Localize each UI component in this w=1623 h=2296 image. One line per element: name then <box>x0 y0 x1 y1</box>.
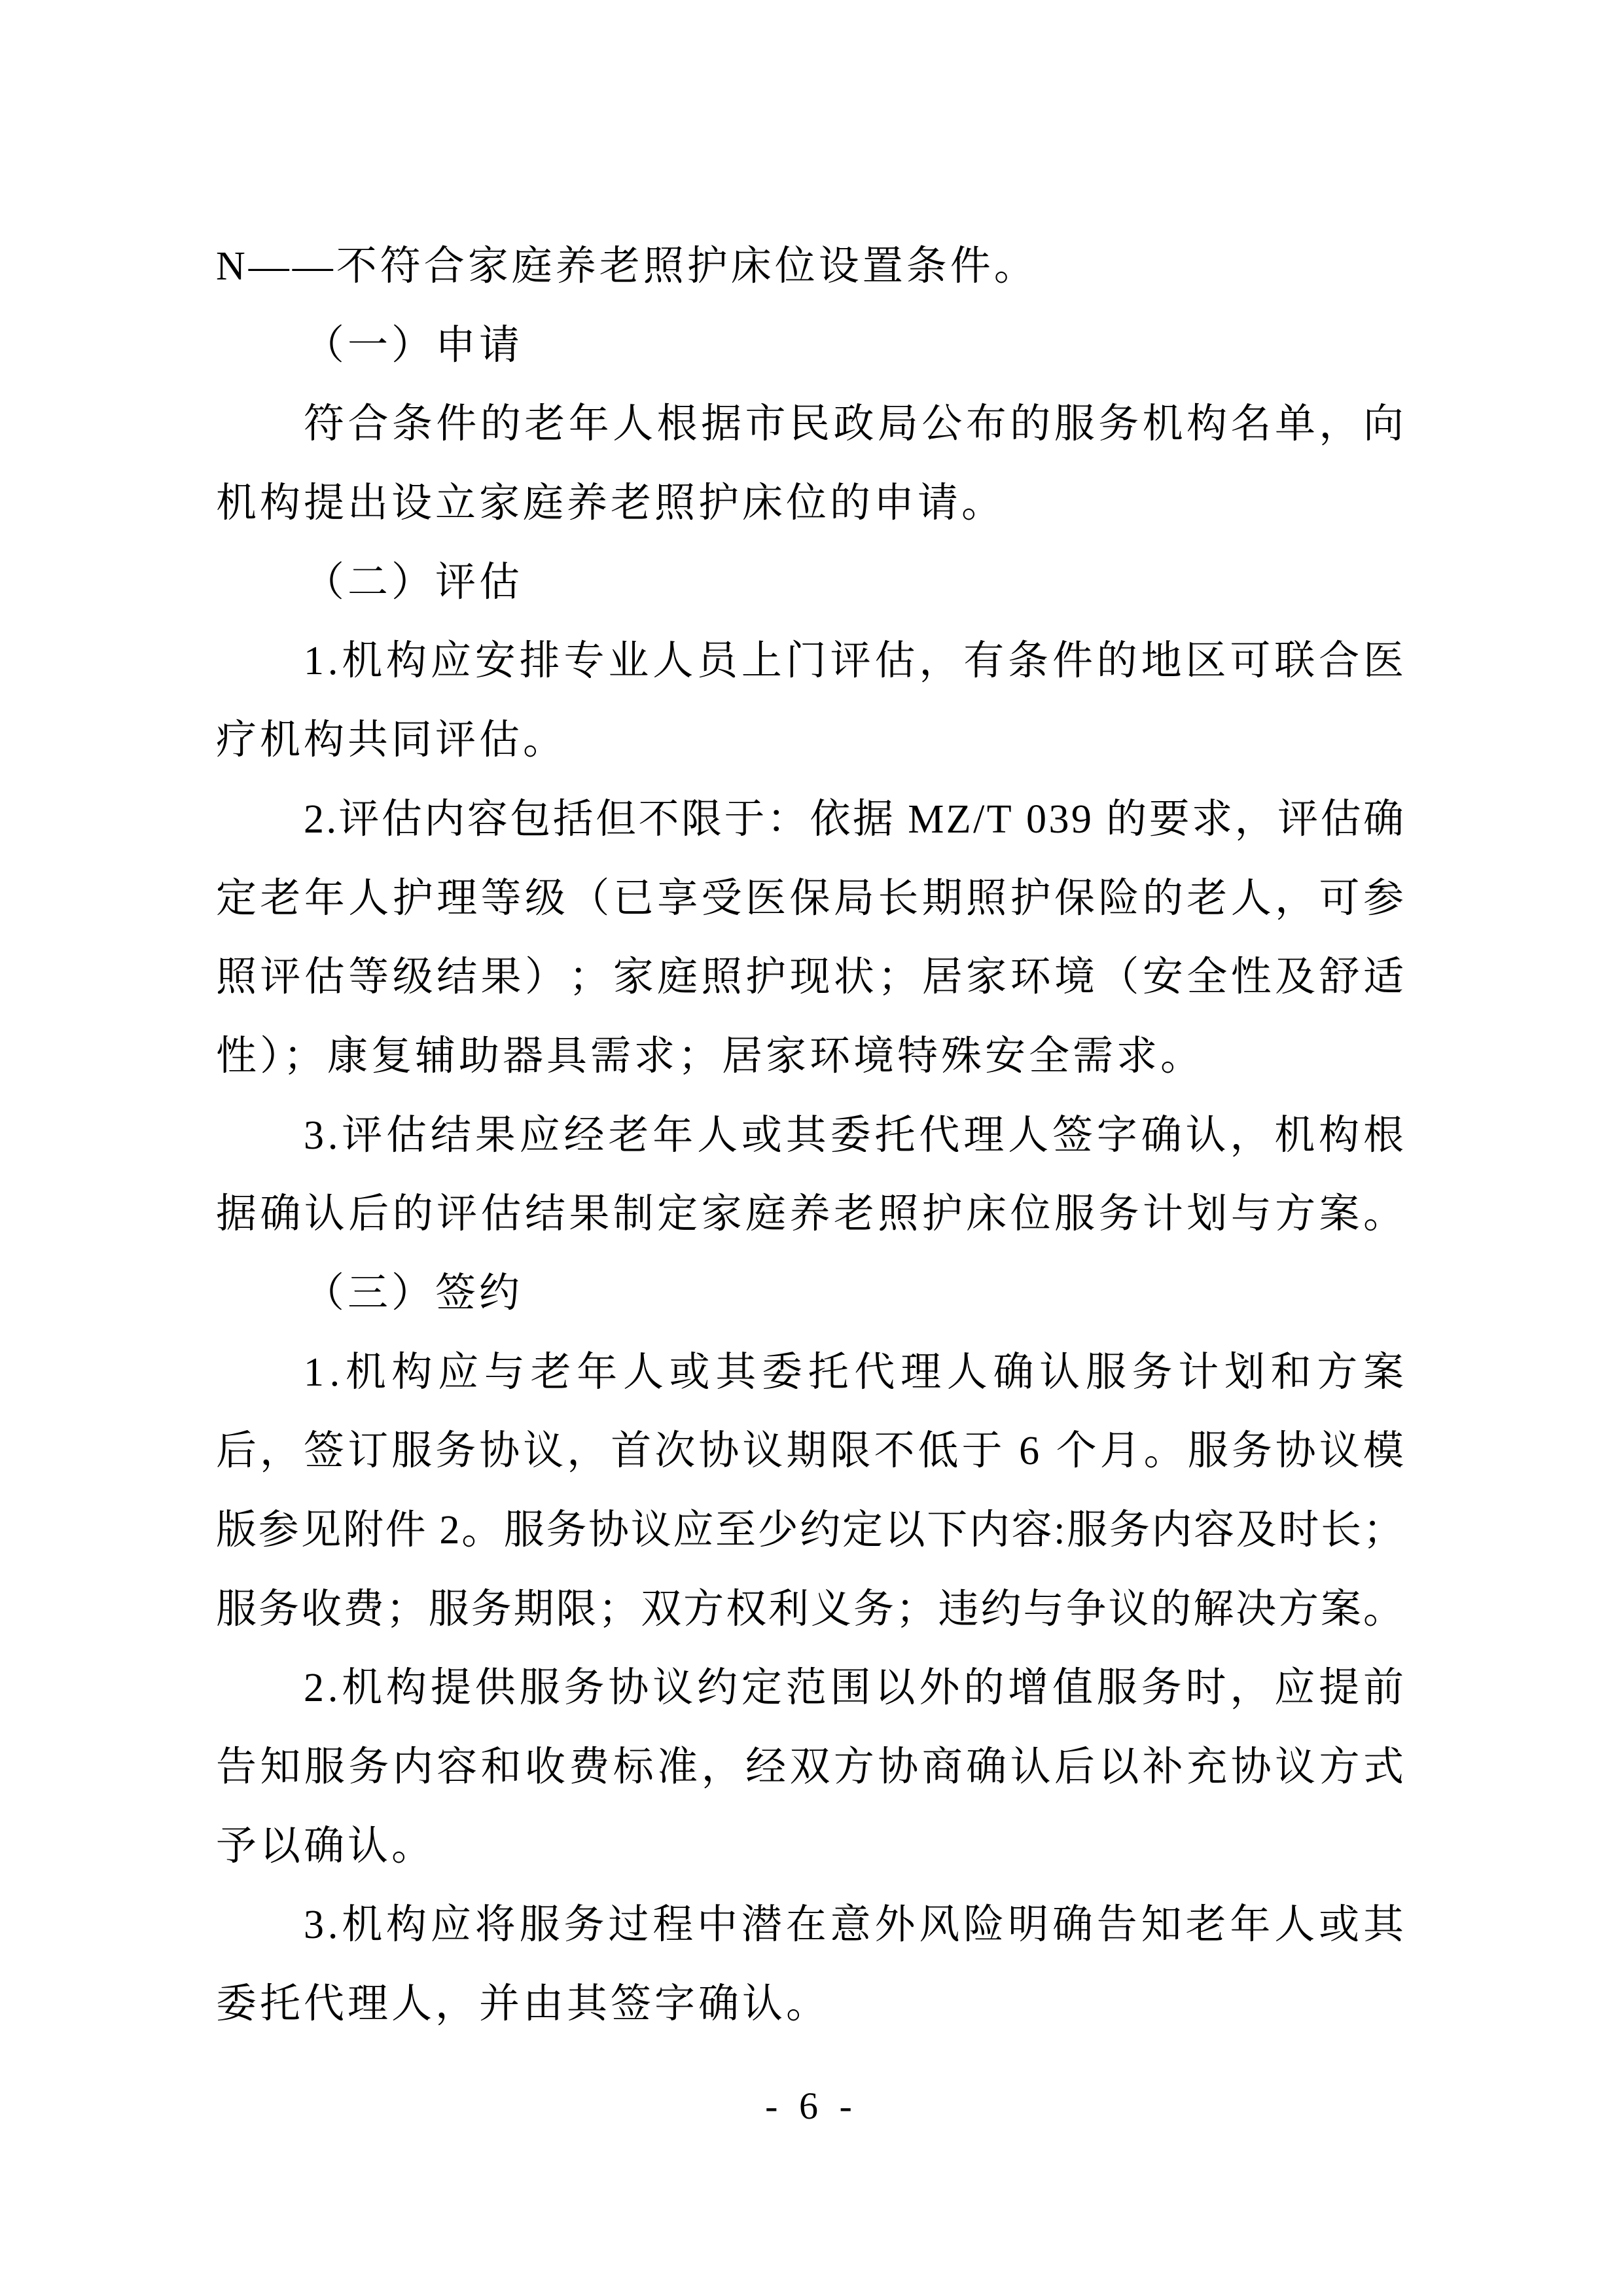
text-line: 性）；康复辅助器具需求；居家环境特殊安全需求。 <box>216 1017 1404 1096</box>
section-heading: （三）签约 <box>216 1254 1404 1333</box>
text-line: N——不符合家庭养老照护床位设置条件。 <box>216 227 1404 306</box>
text-line: 后，签订服务协议，首次协议期限不低于 6 个月。服务协议模 <box>216 1412 1404 1491</box>
text-line: 服务收费；服务期限；双方权利义务；违约与争议的解决方案。 <box>216 1570 1404 1649</box>
text-line: 1.机构应安排专业人员上门评估，有条件的地区可联合医 <box>216 622 1404 701</box>
section-heading: （二）评估 <box>216 543 1404 622</box>
text-line: 定老年人护理等级（已享受医保局长期照护保险的老人，可参 <box>216 859 1404 939</box>
text-line: 予以确认。 <box>216 1807 1404 1886</box>
text-line: 据确认后的评估结果制定家庭养老照护床位服务计划与方案。 <box>216 1175 1404 1254</box>
text-line: 3.评估结果应经老年人或其委托代理人签字确认，机构根 <box>216 1096 1404 1175</box>
text-line: 3.机构应将服务过程中潜在意外风险明确告知老年人或其 <box>216 1886 1404 1965</box>
text-line: 1.机构应与老年人或其委托代理人确认服务计划和方案 <box>216 1333 1404 1412</box>
text-line: 委托代理人，并由其签字确认。 <box>216 1965 1404 2044</box>
page-number: - 6 - <box>0 2080 1623 2132</box>
text-line: 照评估等级结果）；家庭照护现状；居家环境（安全性及舒适 <box>216 938 1404 1017</box>
text-line: 机构提出设立家庭养老照护床位的申请。 <box>216 464 1404 543</box>
text-line: 告知服务内容和收费标准，经双方协商确认后以补充协议方式 <box>216 1728 1404 1807</box>
section-heading: （一）申请 <box>216 306 1404 386</box>
document-page: N——不符合家庭养老照护床位设置条件。 （一）申请 符合条件的老年人根据市民政局… <box>0 0 1623 2296</box>
text-line: 2.评估内容包括但不限于：依据 MZ/T 039 的要求，评估确 <box>216 780 1404 859</box>
text-line: 2.机构提供服务协议约定范围以外的增值服务时，应提前 <box>216 1649 1404 1728</box>
text-line: 疗机构共同评估。 <box>216 701 1404 780</box>
text-line: 版参见附件 2。服务协议应至少约定以下内容:服务内容及时长； <box>216 1491 1404 1570</box>
text-line: 符合条件的老年人根据市民政局公布的服务机构名单，向 <box>216 385 1404 464</box>
document-body: N——不符合家庭养老照护床位设置条件。 （一）申请 符合条件的老年人根据市民政局… <box>216 227 1404 2044</box>
